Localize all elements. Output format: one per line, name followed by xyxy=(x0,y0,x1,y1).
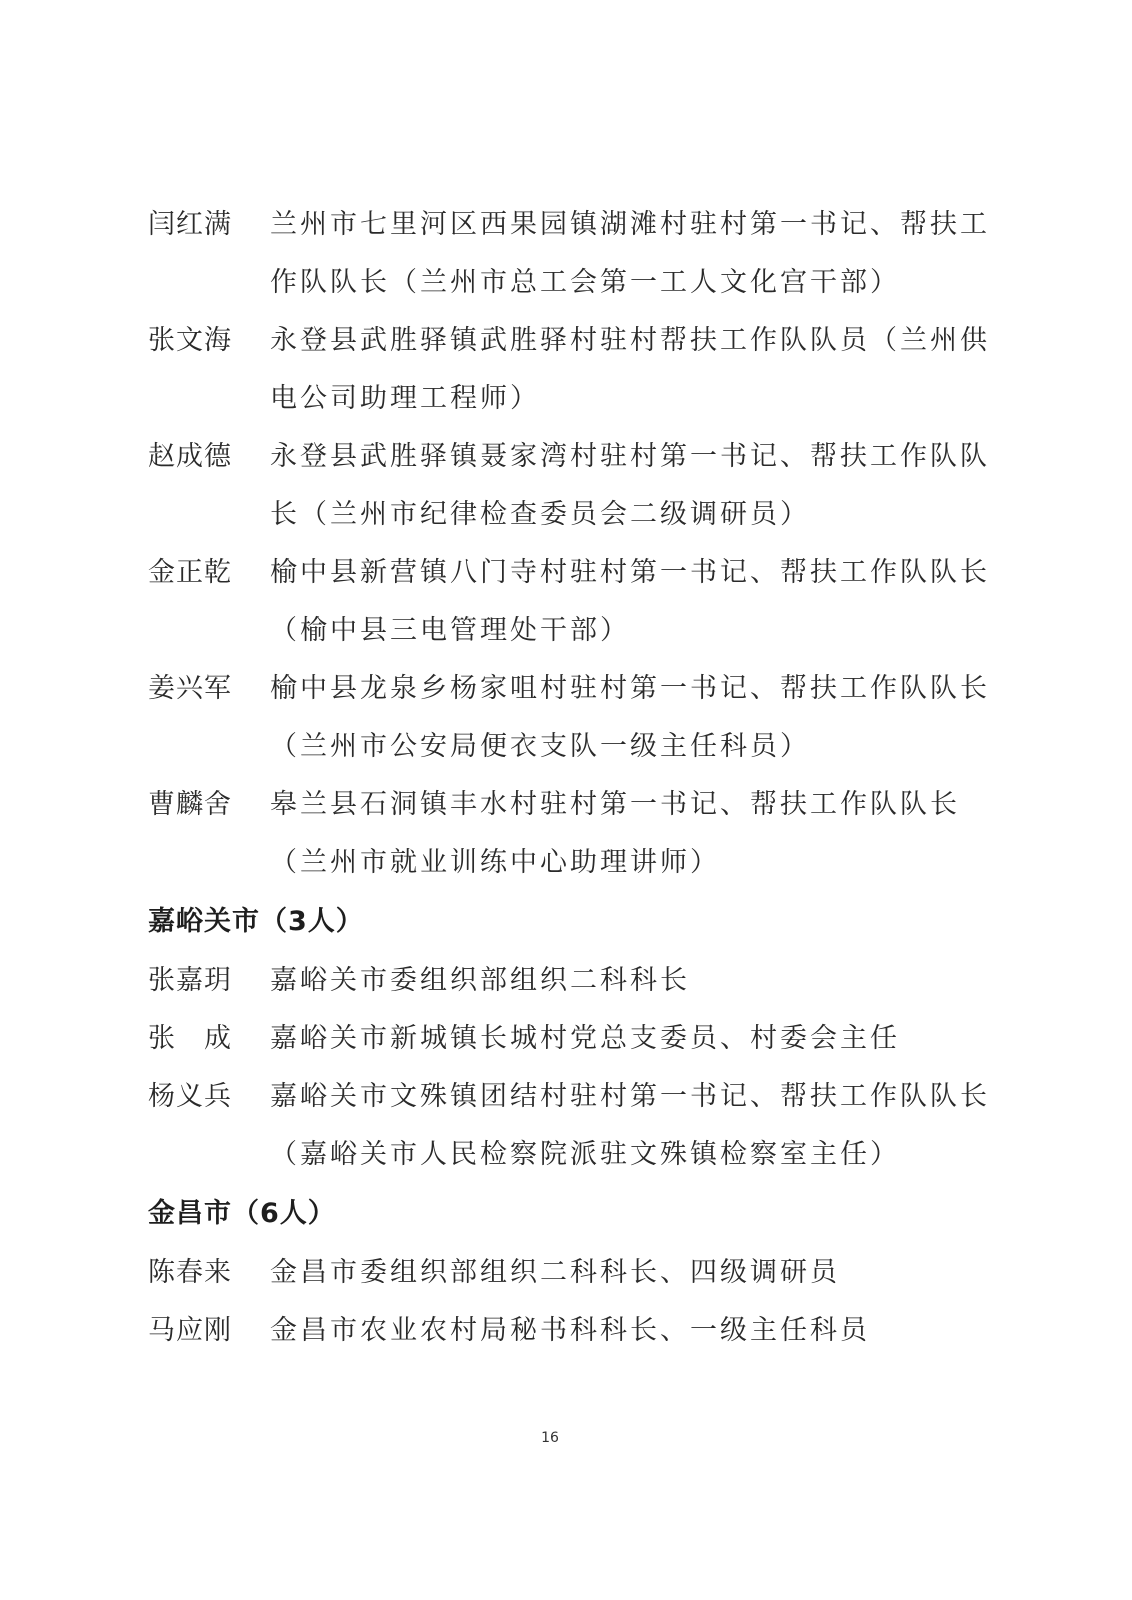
person-name: 曹麟舍 xyxy=(148,776,268,834)
person-description-continued: （兰州市就业训练中心助理讲师） xyxy=(270,834,720,892)
person-name: 张文海 xyxy=(148,312,268,370)
person-description: 兰州市七里河区西果园镇湖滩村驻村第一书记、帮扶工 xyxy=(270,196,990,254)
person-description: 皋兰县石洞镇丰水村驻村第一书记、帮扶工作队队长 xyxy=(270,776,960,834)
section-heading-jiayuguan: 嘉峪关市（3人） xyxy=(148,892,978,952)
list-entry-zhang-cheng: 张 成 嘉峪关市新城镇长城村党总支委员、村委会主任 xyxy=(148,1010,978,1068)
person-name: 赵成德 xyxy=(148,428,268,486)
list-entry-yang-yibing: 杨义兵 嘉峪关市文殊镇团结村驻村第一书记、帮扶工作队队长 （嘉峪关市人民检察院派… xyxy=(148,1068,978,1184)
person-name: 张嘉玥 xyxy=(148,952,268,1010)
section-heading-jinchang: 金昌市（6人） xyxy=(148,1184,978,1244)
list-entry-chen-chunlai: 陈春来 金昌市委组织部组织二科科长、四级调研员 xyxy=(148,1244,978,1302)
person-name: 闫红满 xyxy=(148,196,268,254)
person-description: 永登县武胜驿镇聂家湾村驻村第一书记、帮扶工作队队 xyxy=(270,428,990,486)
person-description-continued: 长（兰州市纪律检查委员会二级调研员） xyxy=(270,486,810,544)
person-description-continued: （嘉峪关市人民检察院派驻文殊镇检察室主任） xyxy=(270,1126,900,1184)
person-description-continued: （兰州市公安局便衣支队一级主任科员） xyxy=(270,718,810,776)
person-description-continued: 电公司助理工程师） xyxy=(270,370,540,428)
person-description: 嘉峪关市委组织部组织二科科长 xyxy=(270,952,690,1010)
person-description: 金昌市农业农村局秘书科科长、一级主任科员 xyxy=(270,1302,870,1360)
person-name: 金正乾 xyxy=(148,544,268,602)
list-entry-zhao-chengde: 赵成德 永登县武胜驿镇聂家湾村驻村第一书记、帮扶工作队队 长（兰州市纪律检查委员… xyxy=(148,428,978,544)
person-description: 榆中县龙泉乡杨家咀村驻村第一书记、帮扶工作队队长 xyxy=(270,660,990,718)
page-number: 16 xyxy=(0,1430,1100,1446)
person-name: 张 成 xyxy=(148,1010,268,1068)
person-description-continued: 作队队长（兰州市总工会第一工人文化宫干部） xyxy=(270,254,900,312)
list-entry-zhang-jiayue: 张嘉玥 嘉峪关市委组织部组织二科科长 xyxy=(148,952,978,1010)
person-description: 榆中县新营镇八门寺村驻村第一书记、帮扶工作队队长 xyxy=(270,544,990,602)
list-entry-zhang-wenhai: 张文海 永登县武胜驿镇武胜驿村驻村帮扶工作队队员（兰州供 电公司助理工程师） xyxy=(148,312,978,428)
person-name: 姜兴军 xyxy=(148,660,268,718)
person-name: 马应刚 xyxy=(148,1302,268,1360)
person-name: 陈春来 xyxy=(148,1244,268,1302)
person-description: 永登县武胜驿镇武胜驿村驻村帮扶工作队队员（兰州供 xyxy=(270,312,990,370)
page-content: 闫红满 兰州市七里河区西果园镇湖滩村驻村第一书记、帮扶工 作队队长（兰州市总工会… xyxy=(148,196,978,1360)
list-entry-yan-hongman: 闫红满 兰州市七里河区西果园镇湖滩村驻村第一书记、帮扶工 作队队长（兰州市总工会… xyxy=(148,196,978,312)
list-entry-jin-zhengqian: 金正乾 榆中县新营镇八门寺村驻村第一书记、帮扶工作队队长 （榆中县三电管理处干部… xyxy=(148,544,978,660)
list-entry-ma-yinggang: 马应刚 金昌市农业农村局秘书科科长、一级主任科员 xyxy=(148,1302,978,1360)
person-description: 嘉峪关市文殊镇团结村驻村第一书记、帮扶工作队队长 xyxy=(270,1068,990,1126)
person-description: 嘉峪关市新城镇长城村党总支委员、村委会主任 xyxy=(270,1010,900,1068)
document-page: 闫红满 兰州市七里河区西果园镇湖滩村驻村第一书记、帮扶工 作队队长（兰州市总工会… xyxy=(0,0,1132,1600)
person-description: 金昌市委组织部组织二科科长、四级调研员 xyxy=(270,1244,840,1302)
person-description-continued: （榆中县三电管理处干部） xyxy=(270,602,630,660)
person-name: 杨义兵 xyxy=(148,1068,268,1126)
list-entry-cao-linshe: 曹麟舍 皋兰县石洞镇丰水村驻村第一书记、帮扶工作队队长 （兰州市就业训练中心助理… xyxy=(148,776,978,892)
list-entry-jiang-xingjun: 姜兴军 榆中县龙泉乡杨家咀村驻村第一书记、帮扶工作队队长 （兰州市公安局便衣支队… xyxy=(148,660,978,776)
